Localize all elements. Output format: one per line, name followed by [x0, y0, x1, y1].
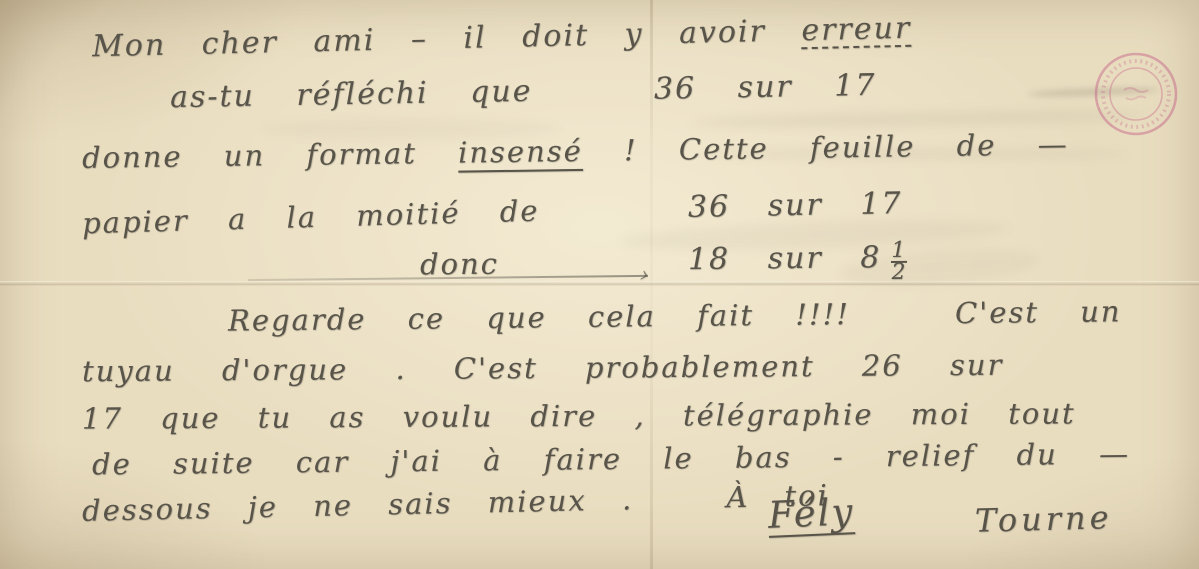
letter-line-8: 17 que tu as voulu dire , télégraphie mo…	[82, 396, 1076, 435]
signature: Fély	[767, 490, 855, 537]
dimensions-36x17: 36 sur 17	[654, 68, 877, 107]
horizontal-fold-crease	[0, 281, 1199, 286]
salutation: Mon cher ami	[92, 23, 376, 64]
underlined-word-insense: insensé	[458, 134, 583, 170]
letter-line-1: Mon cher ami – il doit y avoir erreur	[92, 11, 912, 65]
letter-scan: Mon cher ami – il doit y avoir erreur as…	[0, 0, 1199, 569]
letter-line-9: de suite car j'ai à faire le bas - relie…	[92, 437, 1130, 482]
letter-line-10: dessous je ne sais mieux . À toi	[82, 478, 829, 528]
letter-line-6: Regarde ce que cela fait !!!! C'est un	[228, 294, 1122, 337]
dimension-row-1: 36 sur 17	[688, 186, 903, 225]
fraction-one-half: 12	[891, 242, 907, 283]
letter-line-2: as-tu réfléchi que 36 sur 17	[170, 68, 877, 115]
bleed-through-mark	[690, 108, 1150, 130]
dimension-row-2: 18 sur 812	[688, 240, 908, 285]
underlined-word-erreur: erreur	[801, 11, 912, 48]
collection-stamp-icon	[1092, 50, 1180, 138]
turn-over-note: Tourne	[975, 498, 1114, 540]
letter-line-4: papier a la moitié de	[82, 194, 540, 241]
letter-line-7: tuyau d'orgue . C'est probablement 26 su…	[82, 348, 1004, 388]
letter-line-3: donne un format insensé ! Cette feuille …	[82, 127, 1069, 175]
